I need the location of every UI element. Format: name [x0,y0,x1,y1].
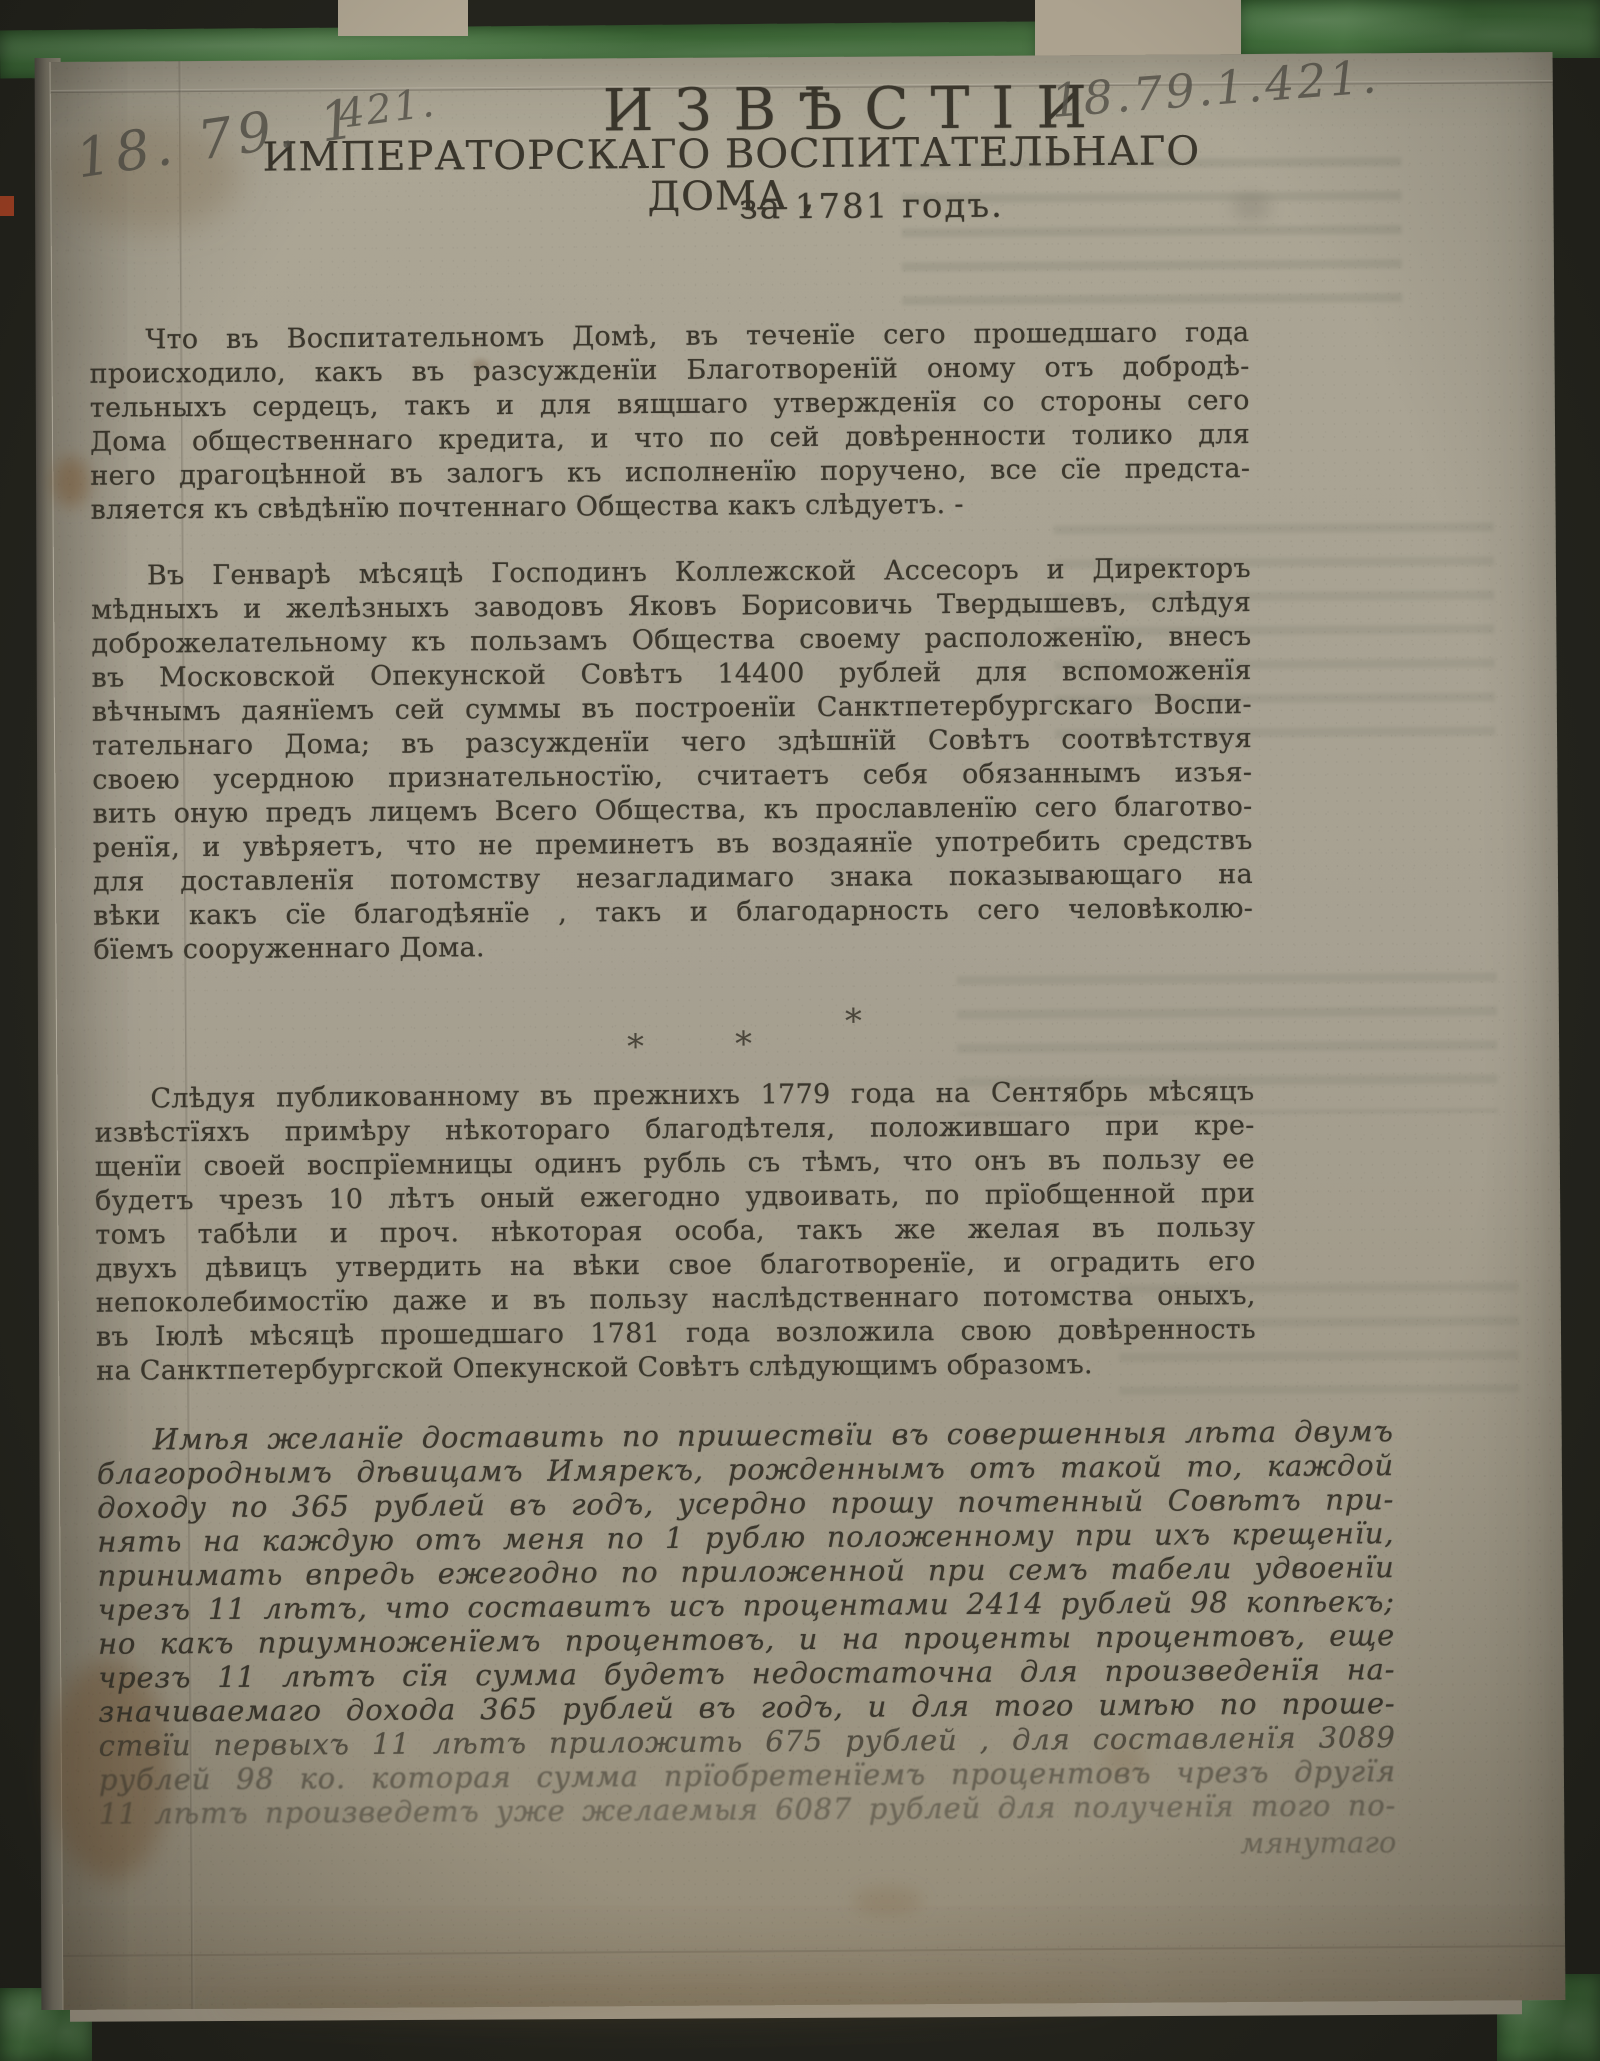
stain [53,457,89,507]
page-edge-peek-top [338,0,468,36]
scan-background: ИЗВѢСТІИ ИМПЕРАТОРСКАГО ВОСПИТАТЕЛЬНАГО … [0,0,1600,2061]
text-line: 11 лѣтъ произведетъ уже желаемыя 6087 ру… [99,1788,1396,1831]
scanned-page: ИЗВѢСТІИ ИМПЕРАТОРСКАГО ВОСПИТАТЕЛЬНАГО … [50,52,1566,2010]
dateline: за 1781 годъ. [681,185,1061,228]
text-line: бїемъ сооруженнаго Дома. [93,926,1253,968]
asterisk-ornament: * [845,1005,862,1039]
red-binding-edge [0,196,14,216]
handwritten-shelfmark-top-right: 18.79.1.421. [1049,42,1472,128]
paragraph-3: Слѣдуя публикованному въ прежнихъ 1779 г… [94,1075,1256,1389]
stain [853,1886,923,1916]
paragraph-1: Что въ Воспитательномъ Домѣ, въ теченїе … [89,316,1250,528]
asterisk-separator: * * * [617,1004,887,1064]
catchword: мянутаго [99,1825,1396,1868]
text-line: на Санктпетербургской Опекунской Совѣтъ … [96,1347,1256,1389]
paragraph-4-italic: Имѣя желанїе доставить по пришествїи въ … [97,1414,1397,1831]
asterisk-ornament: * [627,1030,644,1064]
text-line: вляется къ свѣдѣнїю почтеннаго Общества … [90,486,1250,528]
paragraph-2: Въ Генварѣ мѣсяцѣ Господинъ Коллежской А… [91,552,1254,968]
bottom-fold-line [63,1945,1565,1957]
stain [213,1975,1113,2026]
asterisk-ornament: * [735,1027,752,1061]
